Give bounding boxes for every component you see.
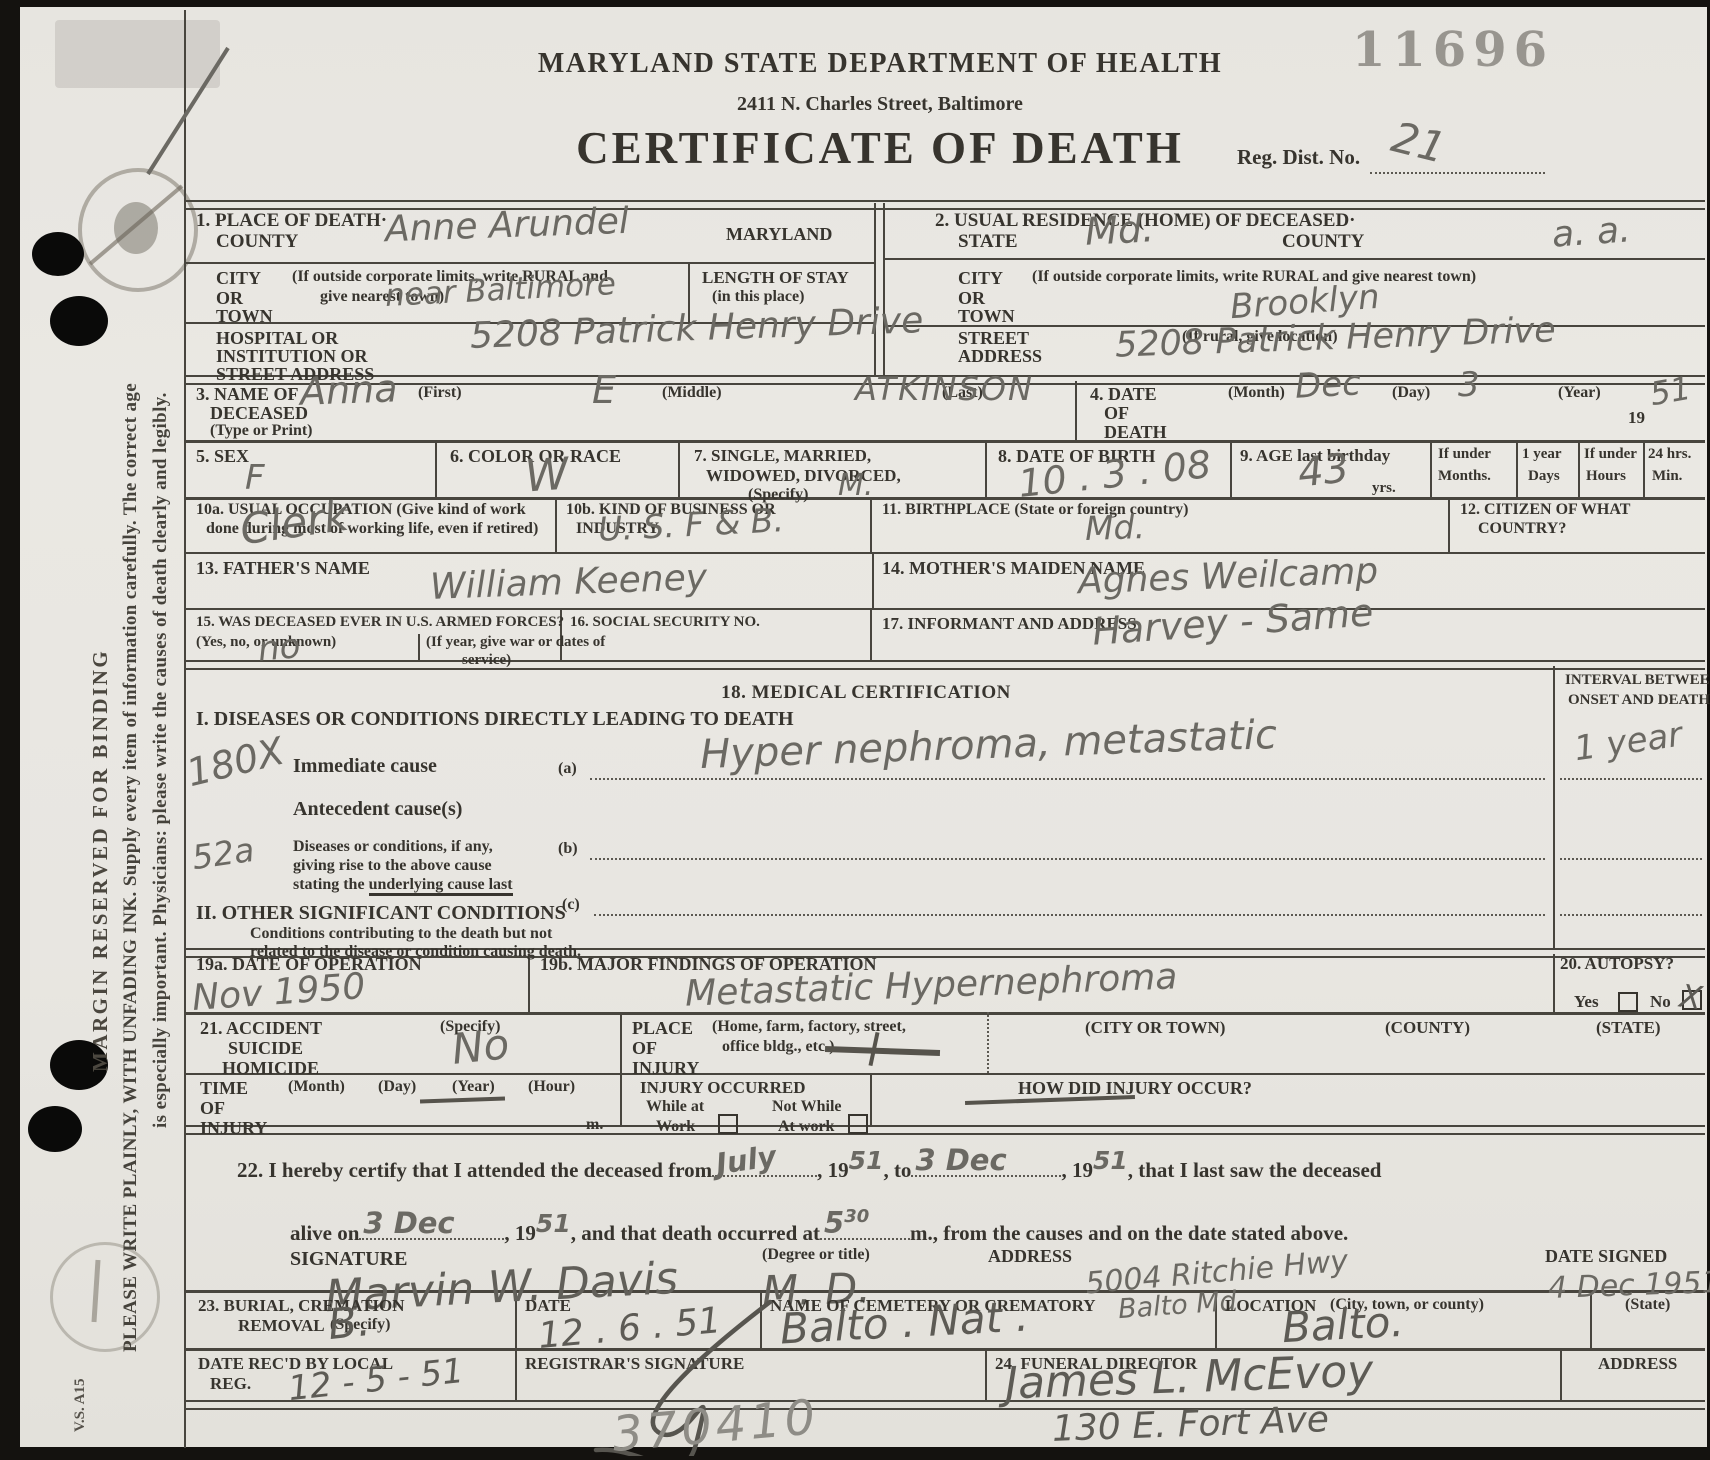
death-time-blank: 530 [820,1215,910,1240]
certify-line1-text-e: , that I last saw the deceased [1128,1158,1382,1183]
certify-line1-text-a: 22. I hereby certify that I attended the… [237,1158,712,1183]
autopsy-label: 20. AUTOPSY? [1560,954,1674,974]
injury-time-label-1: TIME [200,1078,248,1099]
autopsy-no-label: No [1650,992,1671,1012]
cause-b-label: (b) [558,840,578,858]
residence-city-label-1: CITY [958,268,1003,289]
age-col4-top: 24 hrs. [1648,446,1691,463]
attended-from-blank: July [712,1152,817,1177]
form-code: V.S. A15 [72,1379,89,1433]
margin-instruction-2: is especially important. Physicians: ple… [150,392,172,1128]
injury-time-day-label: (Day) [378,1078,416,1096]
cell-divider [1430,440,1432,497]
cell-divider [515,1348,517,1402]
cell-divider [1578,440,1580,497]
certify-line-2: alive on3 Dec, 1951, and that death occu… [290,1215,1348,1246]
name-label-3: (Type or Print) [210,422,313,440]
ssn-label: 16. SOCIAL SECURITY NO. [570,614,760,631]
burial-label-1: 23. BURIAL, CREMATION [198,1296,405,1316]
burial-label-2: REMOVAL [238,1316,325,1336]
row-line [186,497,1705,500]
punch-hole-2 [50,296,108,346]
violence-label-1: 21. ACCIDENT [200,1018,322,1039]
row-line [186,440,1705,443]
armed-forces-note-2a: (If year, give war or dates of [426,634,605,651]
place-state-printed: MARYLAND [726,224,832,245]
name-middle-value: E [592,368,616,412]
death-date-label-1: 4. DATE [1090,384,1157,405]
row-line [186,1073,1705,1075]
residence-street-label-2: ADDRESS [958,346,1042,367]
stamp-number: 11696 [1352,22,1554,78]
residence-state-value: Md. [1084,206,1155,254]
injury-city-header: (CITY OR TOWN) [1085,1018,1225,1038]
cell-divider [870,497,872,552]
citizen-label-1: 12. CITIZEN OF WHAT [1460,501,1630,519]
row-line [884,258,1705,260]
interval-column-divider [1553,666,1555,948]
injury-state-header: (STATE) [1596,1018,1661,1038]
name-label-2: DECEASED [210,403,308,424]
row-line [186,608,1705,610]
round-stamp-top-mark [78,168,190,284]
certify-top-border [186,1125,1705,1135]
citizen-label-2: COUNTRY? [1478,520,1566,538]
place-city-label-1: CITY [216,268,261,289]
residence-city-label-3: TOWN [958,306,1015,327]
certify-line-1: 22. I hereby certify that I attended the… [237,1152,1381,1183]
injury-at-work-label: At work [778,1118,834,1136]
place-city-label-3: TOWN [216,306,273,327]
violence-label-2: SUICIDE [228,1038,303,1059]
death-year-label: (Year) [1558,384,1601,402]
injury-place-label-1: PLACE [632,1018,693,1039]
interval-header-2: ONSET AND DEATH [1568,692,1710,709]
injury-occurred-label: INJURY OCCURRED [640,1078,805,1098]
injury-not-while-label: Not While [772,1098,841,1116]
margin-instruction-1: PLEASE WRITE PLAINLY, WITH UNFADING INK.… [120,383,142,1352]
date-recd-label-2: REG. [210,1374,251,1394]
death-day-value: 3 [1458,365,1480,405]
birthplace-value: Md. [1084,507,1145,548]
immediate-cause-label: Immediate cause [293,755,437,778]
attended-to-blank: 3 Dec [911,1152,1061,1177]
autopsy-yes-checkbox[interactable] [1618,992,1638,1012]
race-value: W [523,449,570,503]
cell-divider [1643,440,1645,497]
injury-not-while-at-work-checkbox[interactable] [848,1114,868,1134]
row-line [186,1348,1705,1351]
name-last-value: ATKINSON [855,370,1034,408]
cause-b-line [590,858,1545,860]
death-day-label: (Day) [1392,384,1430,402]
attended-to-year: 51 [1093,1146,1128,1175]
residence-county-label: COUNTY [1282,231,1364,253]
punch-hole-4 [28,1106,82,1152]
residence-city-note: (If outside corporate limits, write RURA… [1032,268,1476,286]
death-time-value: 530 [824,1208,869,1238]
row-line [186,552,1705,554]
age-unit: yrs. [1372,480,1396,497]
age-col4-bottom: Min. [1652,468,1682,485]
cause-a-label: (a) [558,760,577,778]
reg-dist-label: Reg. Dist. No. [1237,145,1360,170]
cell-divider [678,440,680,497]
conditions-line-3b: underlying cause last [369,876,513,896]
certify-line1-text-b: , 19 [817,1158,849,1183]
certify-line1-text-d: , 19 [1061,1158,1093,1183]
attended-to-value: 3 Dec [915,1146,1006,1175]
sex-label: 5. SEX [196,446,249,467]
certify-line2-text-b: , 19 [504,1221,536,1246]
handwritten-check-mark [140,42,235,182]
cell-divider [528,954,530,1012]
residence-county-value: a. a. [1551,209,1632,255]
sex-value: F [245,458,265,498]
death-year-value: 51 [1647,369,1694,413]
conditions-line-3: stating the underlying cause last [293,876,513,894]
violence-label-3: HOMICIDE [222,1058,319,1079]
reg-dist-line [1370,172,1545,174]
cell-divider [870,1073,872,1125]
death-month-value: Dec [1294,363,1362,406]
medical-section-title: 18. MEDICAL CERTIFICATION [186,682,1546,704]
certify-line1-text-c: , to [883,1158,911,1183]
residence-state-label: STATE [958,231,1018,253]
injury-time-m-label: m. [586,1116,603,1134]
interval-c-line [1560,914,1702,916]
death-date-label-3: DEATH [1104,422,1167,443]
age-value: 43 [1296,445,1351,496]
age-col3-bottom: Hours [1586,468,1626,485]
margin-binding-text: MARGIN RESERVED FOR BINDING [88,649,113,1072]
armed-forces-note-2b: service) [462,652,511,669]
alive-on-year: 51 [536,1209,571,1238]
name-label-1: 3. NAME OF [196,384,299,405]
department-address: 2411 N. Charles Street, Baltimore [380,93,1380,116]
cell-divider [1230,440,1232,497]
page-title: CERTIFICATE OF DEATH [380,122,1380,174]
conditions-line-3a: stating the [293,876,369,893]
name-first-value: Anna [299,366,398,413]
injury-time-year-label: (Year) [452,1078,495,1096]
cell-divider [1516,440,1518,497]
length-of-stay-label: LENGTH OF STAY [702,268,849,288]
interval-a-line [1560,778,1702,780]
dotted-cell-divider [987,1012,989,1073]
age-col1-bottom: Months. [1438,468,1491,485]
violence-value: No [450,1019,512,1074]
cause-c-line [594,914,1545,916]
interval-header-1: INTERVAL BETWEEN [1565,672,1710,689]
cell-divider [1560,1348,1562,1402]
margin-divider-line [184,10,186,1448]
certify-line2-text-a: alive on [290,1221,359,1246]
place-county-label: COUNTY [216,231,298,253]
cell-divider [870,608,872,662]
death-month-label: (Month) [1228,384,1285,402]
conditions-line-2: giving rise to the above cause [293,857,492,875]
place-of-death-label: 1. PLACE OF DEATH· [196,210,387,232]
burial-state-header: (State) [1625,1296,1670,1314]
name-first-label: (First) [418,384,462,402]
injury-time-hour-label: (Hour) [528,1078,575,1096]
autopsy-yes-label: Yes [1574,992,1599,1012]
injury-place-label-2: OF [632,1038,657,1059]
death-certificate-scan: MARGIN RESERVED FOR BINDING PLEASE WRITE… [0,0,1710,1460]
funeral-address-label: ADDRESS [1598,1354,1677,1374]
attended-from-value: July [714,1142,778,1179]
marital-value: M. [838,468,873,503]
death-date-label-2: OF [1104,403,1129,424]
section-1-2-divider [874,203,885,377]
certify-line2-text-c: , and that death occurred at [571,1221,820,1246]
death-time-hour: 5 [824,1206,844,1240]
injury-county-header: (COUNTY) [1385,1018,1470,1038]
other-conditions-label: II. OTHER SIGNIFICANT CONDITIONS [196,902,566,925]
cell-divider [1075,381,1077,441]
cell-divider [555,497,557,552]
alive-on-blank: 3 Dec [359,1215,504,1240]
cell-divider [1448,497,1450,552]
conditions-line-1: Diseases or conditions, if any, [293,838,493,856]
medical-top-border [186,660,1705,670]
cause-a-line [590,778,1545,780]
diseases-part1-label: I. DISEASES OR CONDITIONS DIRECTLY LEADI… [196,708,794,731]
punch-hole-1 [32,232,84,276]
antecedent-label: Antecedent cause(s) [293,798,462,821]
cell-divider [985,1348,987,1402]
age-col2-bottom: Days [1528,468,1560,485]
date-signed-label: DATE SIGNED [1545,1246,1667,1267]
injury-place-label-3: INJURY [632,1058,699,1079]
interval-b-line [1560,858,1702,860]
injury-work-label: Work [656,1118,695,1136]
cell-divider [418,634,420,662]
place-county-value: Anne Arundel [384,201,629,250]
length-of-stay-note: (in this place) [712,288,804,306]
father-label: 13. FATHER'S NAME [196,558,370,579]
name-middle-label: (Middle) [662,384,722,402]
cell-divider [620,1012,622,1125]
armed-forces-label: 15. WAS DECEASED EVER IN U.S. ARMED FORC… [196,614,564,631]
alive-on-value: 3 Dec [363,1209,454,1238]
death-time-minutes: 30 [844,1206,869,1227]
injury-while-at-label: While at [646,1098,704,1116]
burial-location-value: Balto. [1281,1297,1405,1352]
burial-value: B. [326,1296,373,1349]
attended-from-year: 51 [849,1146,884,1175]
age-col2-top: 1 year [1522,446,1562,463]
cell-divider [1553,954,1555,1012]
degree-note: (Degree or title) [762,1246,870,1264]
death-year-prefix: 19 [1628,408,1645,428]
cell-divider [985,440,987,497]
marital-label-1: 7. SINGLE, MARRIED, [694,446,871,466]
form-bottom-border [186,1400,1705,1410]
row-line [186,1012,1705,1015]
age-col3-top: If under [1584,446,1637,463]
injury-while-at-work-checkbox[interactable] [718,1114,738,1134]
injury-time-label-3: INJURY [200,1118,267,1139]
cell-divider [872,552,874,608]
other-conditions-note-1: Conditions contributing to the death but… [250,925,552,943]
department-title: MARYLAND STATE DEPARTMENT OF HEALTH [380,48,1380,80]
cert-address-label: ADDRESS [988,1246,1072,1267]
armed-forces-value: no [256,626,302,670]
injury-time-label-2: OF [200,1098,225,1119]
certify-line2-text-d: m., from the causes and on the date stat… [910,1221,1348,1246]
row-line [186,262,874,264]
age-col1-top: If under [1438,446,1491,463]
injury-place-note-2: office bldg., etc.) [722,1038,834,1056]
cell-divider [435,440,437,497]
injury-time-month-label: (Month) [288,1078,345,1096]
